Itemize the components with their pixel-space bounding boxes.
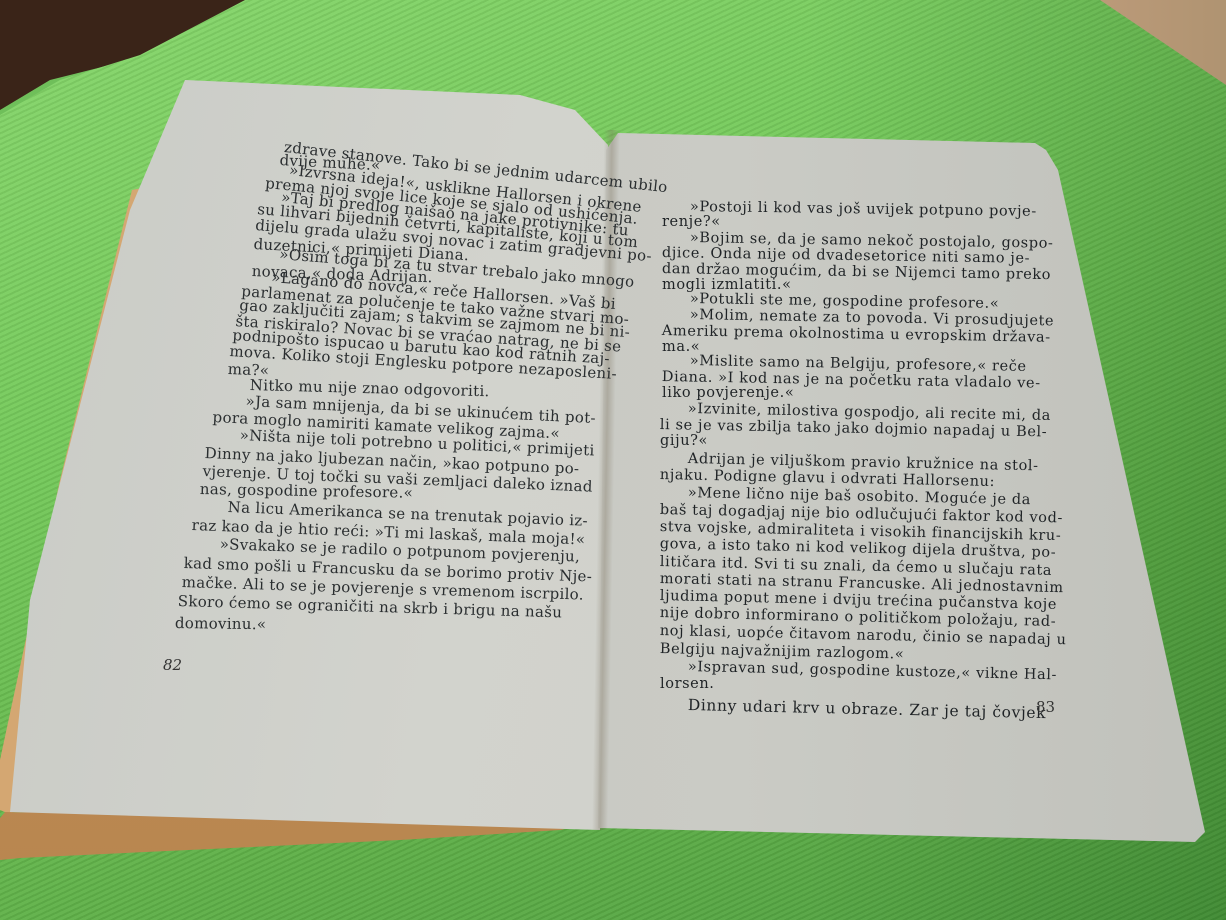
text-line: giju?« bbox=[660, 434, 708, 449]
photo-scene: zdrave stanove. Tako bi se jednim udarce… bbox=[0, 0, 1226, 920]
text-line: mogli izmlatiti.« bbox=[662, 278, 792, 293]
text-line: domovinu.« bbox=[175, 616, 267, 632]
page-number-right: 83 bbox=[1036, 698, 1055, 716]
text-line: lorsen. bbox=[660, 677, 714, 692]
text-line: liko povjerenje.« bbox=[662, 386, 794, 401]
page-number-left: 82 bbox=[163, 656, 182, 674]
text-line: renje?« bbox=[662, 215, 721, 230]
